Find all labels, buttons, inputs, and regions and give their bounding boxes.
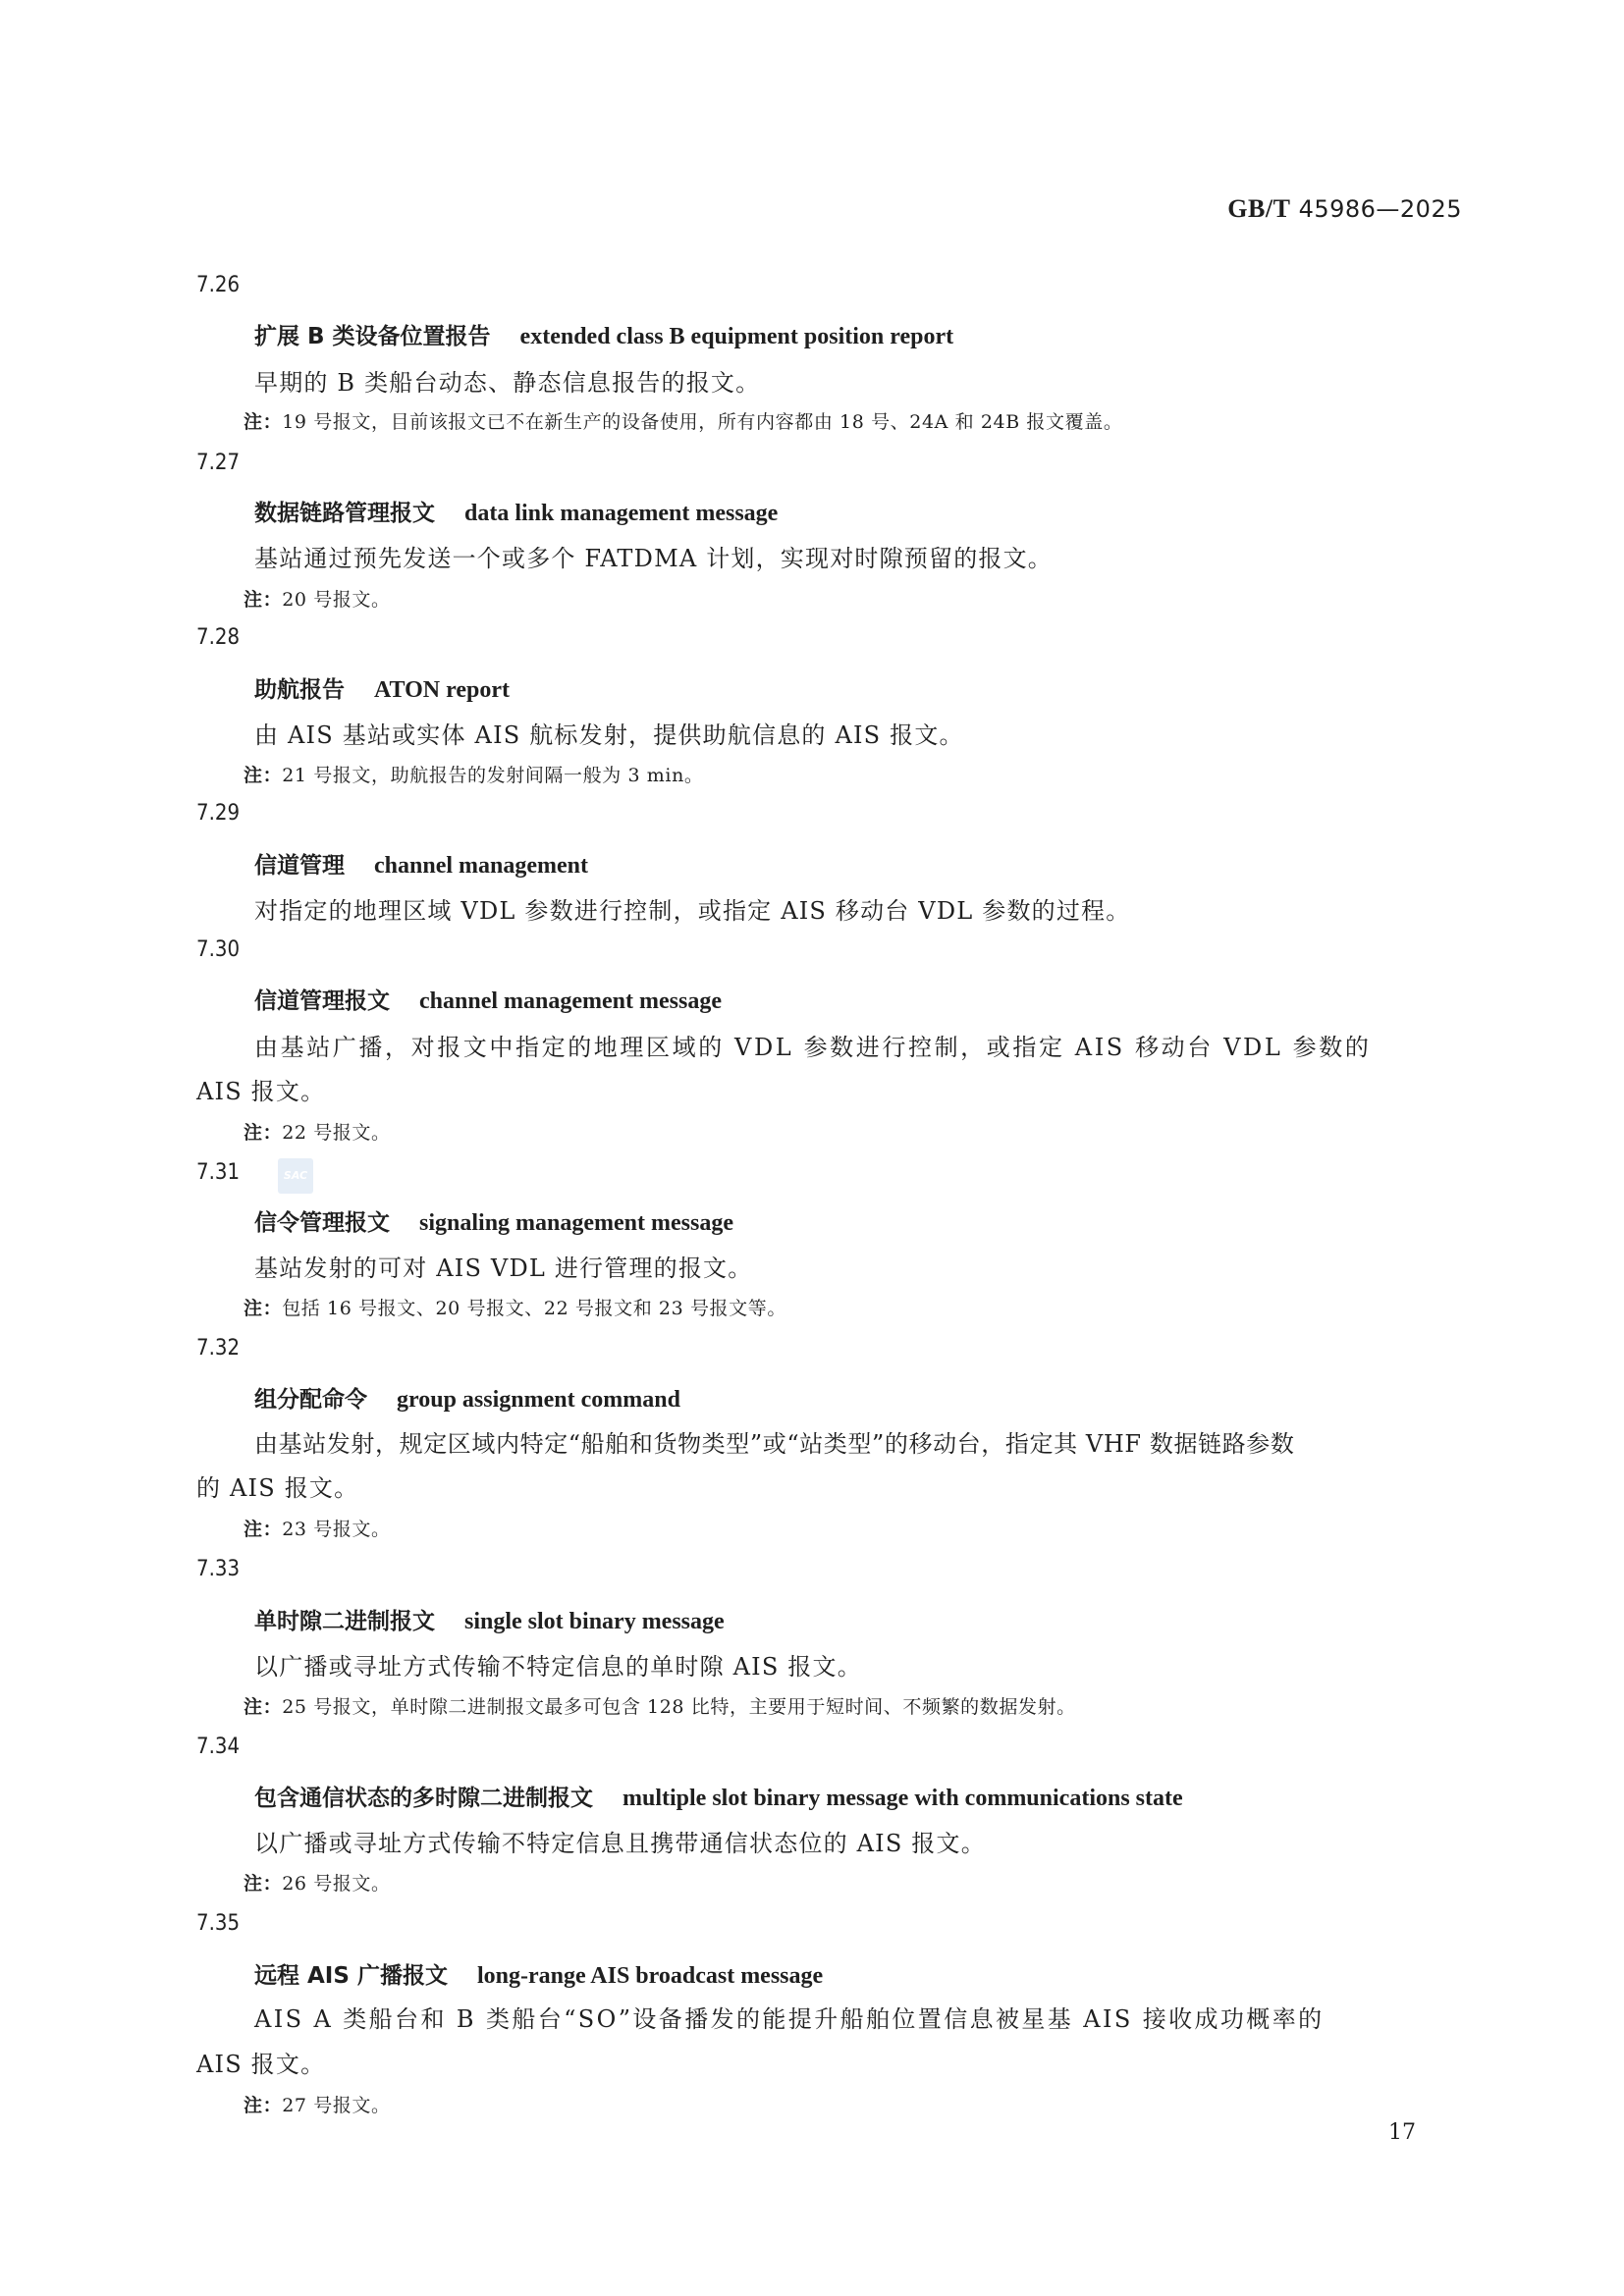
- section-number: 7.34: [196, 1735, 240, 1759]
- document-header: GB/T 45986—2025: [1227, 194, 1462, 224]
- definition: 由 AIS 基站或实体 AIS 航标发射，提供助航信息的 AIS 报文。: [254, 716, 964, 750]
- note-label: 注：: [244, 1122, 282, 1144]
- section-number: 7.29: [196, 801, 240, 826]
- definition: 以广播或寻址方式传输不特定信息且携带通信状态位的 AIS 报文。: [254, 1824, 986, 1858]
- term-heading: 包含通信状态的多时隙二进制报文multiple slot binary mess…: [254, 1780, 1183, 1812]
- term-zh: 包含通信状态的多时隙二进制报文: [254, 1786, 593, 1811]
- note-text: 23 号报文。: [282, 1519, 390, 1540]
- note-text: 26 号报文。: [282, 1873, 390, 1895]
- note-text: 22 号报文。: [282, 1122, 390, 1144]
- term-zh: 组分配命令: [254, 1387, 367, 1413]
- definition: 基站发射的可对 AIS VDL 进行管理的报文。: [254, 1249, 752, 1283]
- standard-prefix: GB/T: [1227, 194, 1290, 223]
- note-label: 注：: [244, 1696, 282, 1718]
- term-en: extended class B equipment position repo…: [520, 324, 954, 349]
- section-number: 7.28: [196, 625, 240, 650]
- section-number: 7.31: [196, 1160, 240, 1185]
- term-en: single slot binary message: [464, 1609, 725, 1634]
- term-heading: 远程 AIS 广播报文long-range AIS broadcast mess…: [254, 1957, 823, 1990]
- section-number: 7.26: [196, 273, 240, 297]
- term-heading: 单时隙二进制报文single slot binary message: [254, 1603, 725, 1635]
- term-zh: 扩展 B 类设备位置报告: [254, 324, 491, 349]
- term-heading: 信令管理报文signaling management message: [254, 1204, 733, 1237]
- note: 注：27 号报文。: [244, 2091, 391, 2117]
- note-label: 注：: [244, 411, 282, 433]
- definition: 对指定的地理区域 VDL 参数进行控制，或指定 AIS 移动台 VDL 参数的过…: [254, 891, 1130, 926]
- term-en: channel management: [374, 853, 588, 879]
- note: 注：22 号报文。: [244, 1118, 391, 1145]
- standard-number: 45986—2025: [1299, 195, 1462, 223]
- note: 注：19 号报文，目前该报文已不在新生产的设备使用，所有内容都由 18 号、24…: [244, 407, 1122, 434]
- term-heading: 信道管理报文channel management message: [254, 983, 722, 1015]
- definition: 由基站广播，对报文中指定的地理区域的 VDL 参数进行控制，或指定 AIS 移动…: [254, 1028, 1371, 1062]
- term-en: multiple slot binary message with commun…: [623, 1786, 1183, 1811]
- note-label: 注：: [244, 765, 282, 786]
- note-label: 注：: [244, 1519, 282, 1540]
- term-heading: 助航报告ATON report: [254, 671, 510, 704]
- term-en: ATON report: [374, 677, 510, 703]
- note: 注：21 号报文，助航报告的发射间隔一般为 3 min。: [244, 761, 704, 787]
- note-label: 注：: [244, 1298, 282, 1319]
- term-zh: 单时隙二进制报文: [254, 1609, 435, 1634]
- note: 注：26 号报文。: [244, 1869, 391, 1896]
- term-zh: 信道管理: [254, 853, 345, 879]
- section-number: 7.35: [196, 1911, 240, 1936]
- note-text: 21 号报文，助航报告的发射间隔一般为 3 min。: [282, 765, 703, 786]
- section-number: 7.32: [196, 1336, 240, 1361]
- term-heading: 扩展 B 类设备位置报告extended class B equipment p…: [254, 318, 953, 350]
- term-en: channel management message: [419, 988, 722, 1014]
- definition: AIS A 类船台和 B 类船台“SO”设备播发的能提升船舶位置信息被星基 AI…: [254, 2000, 1325, 2034]
- definition-continued: AIS 报文。: [196, 1072, 325, 1106]
- definition: 基站通过预先发送一个或多个 FATDMA 计划，实现对时隙预留的报文。: [254, 539, 1053, 573]
- term-zh: 信道管理报文: [254, 988, 390, 1014]
- term-zh: 远程 AIS 广播报文: [254, 1963, 448, 1989]
- note-text: 27 号报文。: [282, 2095, 390, 2116]
- section-number: 7.33: [196, 1557, 240, 1581]
- term-en: long-range AIS broadcast message: [477, 1963, 823, 1989]
- sac-watermark: SAC: [278, 1158, 313, 1194]
- note: 注：20 号报文。: [244, 585, 391, 612]
- term-heading: 信道管理channel management: [254, 847, 588, 880]
- note-text: 20 号报文。: [282, 589, 390, 611]
- term-heading: 组分配命令group assignment command: [254, 1381, 680, 1414]
- note-text: 25 号报文，单时隙二进制报文最多可包含 128 比特，主要用于短时间、不频繁的…: [282, 1696, 1076, 1718]
- note-text: 包括 16 号报文、20 号报文、22 号报文和 23 号报文等。: [282, 1298, 786, 1319]
- note: 注：包括 16 号报文、20 号报文、22 号报文和 23 号报文等。: [244, 1294, 786, 1320]
- note-text: 19 号报文，目前该报文已不在新生产的设备使用，所有内容都由 18 号、24A …: [282, 411, 1122, 433]
- term-zh: 助航报告: [254, 677, 345, 703]
- term-zh: 信令管理报文: [254, 1210, 390, 1236]
- note: 注：25 号报文，单时隙二进制报文最多可包含 128 比特，主要用于短时间、不频…: [244, 1692, 1076, 1719]
- definition-continued: AIS 报文。: [196, 2045, 325, 2079]
- note: 注：23 号报文。: [244, 1515, 391, 1541]
- note-label: 注：: [244, 589, 282, 611]
- note-label: 注：: [244, 2095, 282, 2116]
- definition: 以广播或寻址方式传输不特定信息的单时隙 AIS 报文。: [254, 1647, 862, 1682]
- term-en: data link management message: [464, 501, 778, 526]
- section-number: 7.30: [196, 937, 240, 962]
- definition-continued: 的 AIS 报文。: [196, 1468, 358, 1503]
- page-number: 17: [1388, 2120, 1416, 2145]
- term-heading: 数据链路管理报文data link management message: [254, 495, 778, 527]
- term-en: signaling management message: [419, 1210, 733, 1236]
- term-en: group assignment command: [397, 1387, 680, 1413]
- definition: 由基站发射，规定区域内特定“船舶和货物类型”或“站类型”的移动台，指定其 VHF…: [254, 1424, 1294, 1459]
- note-label: 注：: [244, 1873, 282, 1895]
- section-number: 7.27: [196, 451, 240, 475]
- definition: 早期的 B 类船台动态、静态信息报告的报文。: [254, 363, 760, 398]
- term-zh: 数据链路管理报文: [254, 501, 435, 526]
